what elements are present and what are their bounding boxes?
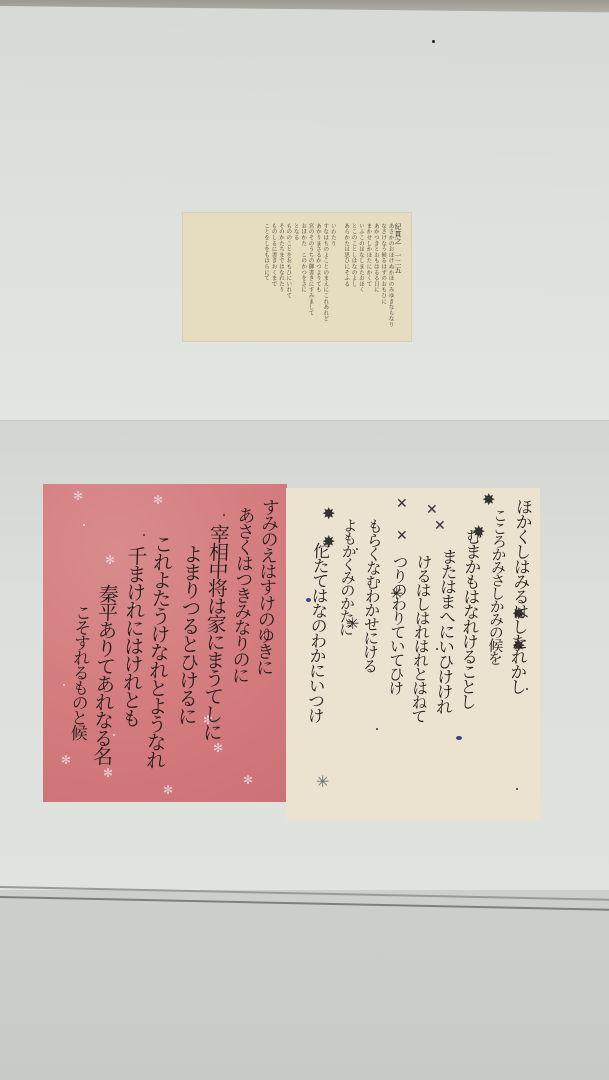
cross-mark-icon: ✕: [396, 528, 408, 544]
dark-fleck: [143, 534, 145, 536]
calligraphy-column: こそすれるものと候: [64, 604, 92, 788]
calligraphy-column: 秦平ありてあれなる名: [89, 584, 118, 788]
cross-mark-icon: ✕: [396, 496, 408, 512]
caption-line: あかつきとおもはるる日に: [371, 223, 378, 331]
pale-flower-icon: ✻: [73, 490, 83, 502]
caption-title: 紀貫之 一二五: [394, 223, 402, 273]
caption-card: 紀貫之 一二五 あさかのおほけぬかほのみゆきならなり なさけなう候るはずのおもひ…: [183, 213, 411, 341]
caption-line: あさかのおほけぬかほのみゆきならなり: [386, 223, 393, 331]
caption-line: なさけなう候るはずのおもひに: [379, 223, 386, 331]
caption-line: おほかた このかつをさに: [299, 223, 306, 331]
caption-line: ことをしをもはらにて: [262, 223, 269, 331]
calligraphy-column: 佗たてはなのわかにいつけ: [299, 542, 330, 806]
caption-line: もののことをおもひにいれて: [284, 223, 291, 331]
silver-fleck: [63, 684, 65, 686]
calligraphy-panel-pink: ✻ ✻ ✻ ✻ ✻ ✻ ✻ ✻ ✻ すみのえはすけのゆきに あさくはつきみなりの…: [43, 484, 287, 802]
caption-line: 宮のそのうちの御書きにすみまして: [306, 223, 313, 331]
cross-mark-icon: ✕: [434, 518, 446, 534]
caption-line: となる: [291, 223, 298, 331]
caption-line: いふこのはなしまたおほく: [357, 223, 364, 331]
cross-mark-icon: ✕: [426, 502, 438, 518]
lower-surface: [0, 890, 609, 1080]
maple-leaf-icon: ✸: [482, 492, 495, 508]
dark-fleck: [223, 514, 225, 516]
caption-text: 紀貫之 一二五 あさかのおほけぬかほのみゆきならなり なさけなう候るはずのおもひ…: [262, 223, 401, 331]
maple-leaf-icon: ✸: [322, 506, 335, 522]
caption-line: まかせしかほたにかくて: [364, 223, 371, 331]
caption-line: あかりまさるかつよりても: [314, 223, 321, 331]
caption-line: とこのことしはなのよし: [349, 223, 356, 331]
silver-fleck: [83, 524, 85, 526]
caption-line: いわたり: [328, 223, 335, 331]
pale-flower-icon: ✻: [153, 494, 163, 506]
pale-flower-icon: ✻: [105, 554, 115, 566]
dust-speck: [432, 40, 435, 43]
caption-spacer: [336, 223, 342, 331]
calligraphy-panel-cream: ✸ ✸ ✸ ✸ ✸ ✸ ✳ ✳ ✳ ✕ ✕ ✕ ✕ ほかくしはみるはしたれかし …: [286, 488, 540, 820]
caption-line: すなはちのよことのまえにこれあれど: [321, 223, 328, 331]
caption-line: あらかたは思ひにそふる: [342, 223, 349, 331]
caption-line: そのかたちまではなれたり: [277, 223, 284, 331]
caption-line: ものしるに書きおくまで: [269, 223, 276, 331]
